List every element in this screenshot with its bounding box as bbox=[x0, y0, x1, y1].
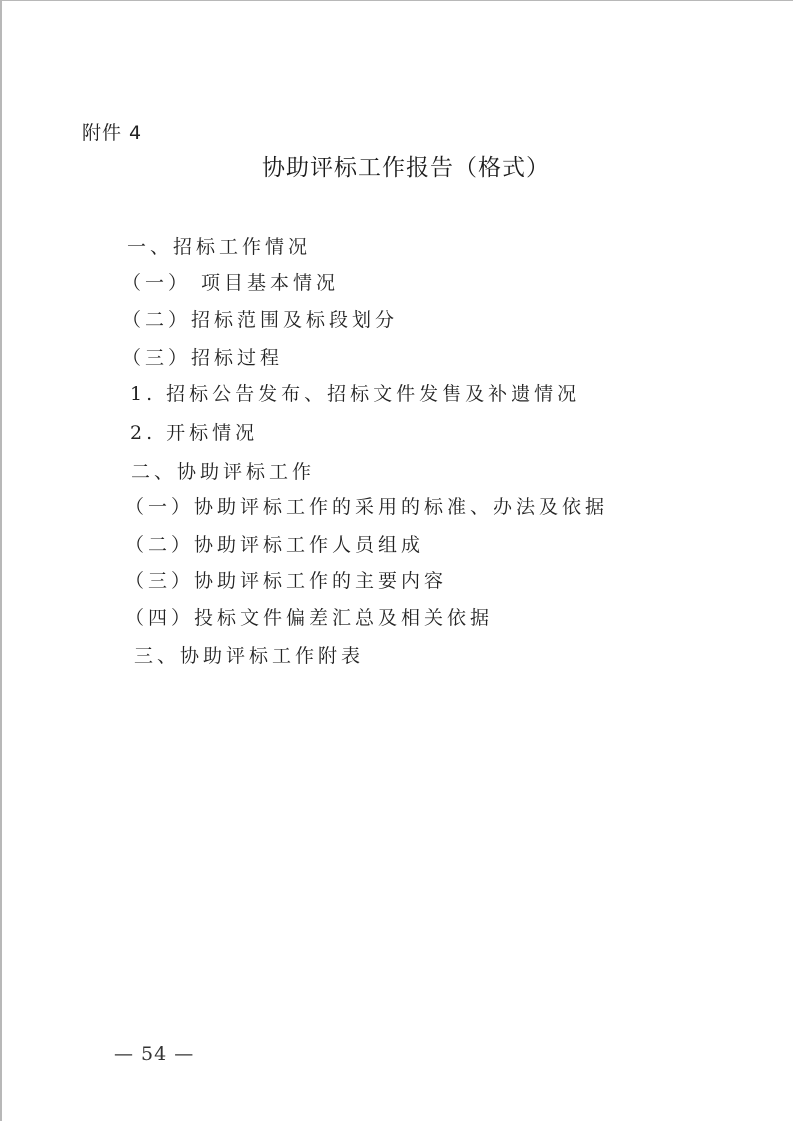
outline-subheading-1-2: （二）招标范围及标段划分 bbox=[122, 305, 398, 332]
outline-heading-1: 一、招标工作情况 bbox=[127, 232, 311, 259]
outline-subheading-2-3: （三）协助评标工作的主要内容 bbox=[125, 566, 447, 593]
outline-heading-3: 三、协助评标工作附表 bbox=[134, 641, 364, 668]
outline-heading-2: 二、协助评标工作 bbox=[131, 457, 315, 484]
outline-subheading-2-4: （四）投标文件偏差汇总及相关依据 bbox=[125, 603, 493, 630]
outline-subheading-1-3: （三）招标过程 bbox=[122, 343, 283, 370]
scan-edge-left bbox=[0, 0, 2, 1121]
outline-subheading-1-1: （一） 项目基本情况 bbox=[122, 268, 339, 295]
scan-edge-top bbox=[0, 0, 793, 1]
page-number: — 54 — bbox=[114, 1043, 194, 1065]
outline-item-1-3-2: 2. 开标情况 bbox=[130, 418, 258, 445]
outline-item-1-3-1: 1. 招标公告发布、招标文件发售及补遗情况 bbox=[130, 379, 580, 406]
outline-subheading-2-1: （一）协助评标工作的采用的标准、办法及依据 bbox=[125, 492, 608, 519]
attachment-label: 附件 4 bbox=[82, 118, 142, 145]
document-title: 协助评标工作报告（格式） bbox=[262, 149, 550, 182]
outline-subheading-2-2: （二）协助评标工作人员组成 bbox=[125, 530, 424, 557]
